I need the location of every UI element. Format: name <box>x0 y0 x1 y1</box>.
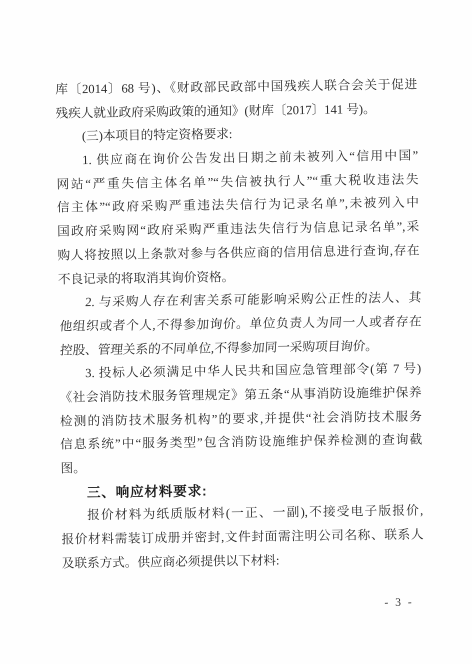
document-body: 库〔2014〕68 号)、《财政部民政部中国残疾人联合会关于促进 残疾人就业政府… <box>55 74 425 639</box>
document-page: 库〔2014〕68 号)、《财政部民政部中国残疾人联合会关于促进 残疾人就业政府… <box>0 0 472 664</box>
document-line: 购人将按照以上条款对参与各供应商的信用信息进行查询,存在 <box>57 239 419 268</box>
document-line: 及联系方式。供应商必须提供以下材料: <box>62 547 424 576</box>
page-number: - 3 - <box>384 597 413 609</box>
document-line: 信息系统”中“服务类型”包含消防设施维护保养检测的查询截 <box>60 429 422 458</box>
document-line: 控股、管理关系的不同单位,不得参加同一采购项目询价。 <box>59 334 423 363</box>
document-line: 报价材料需装订成册并密封,文件封面需注明公司名称、联系人 <box>61 524 423 553</box>
